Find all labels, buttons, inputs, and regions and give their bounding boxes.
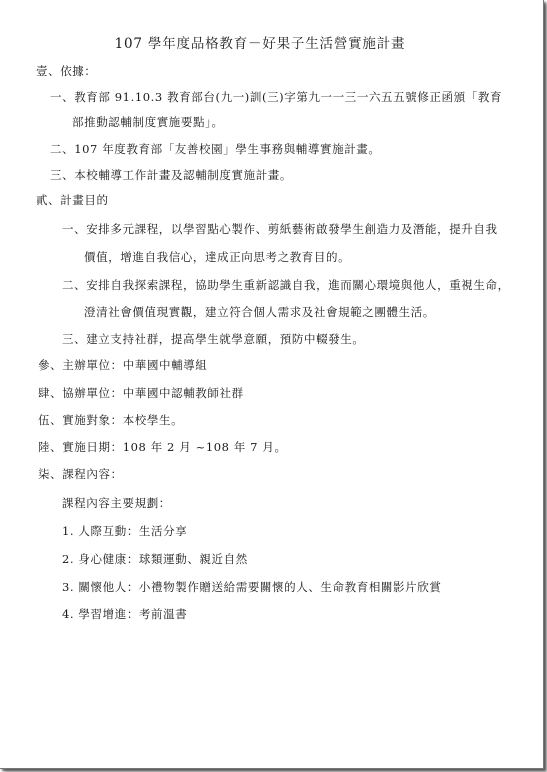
course-item-4: 4. 學習增進：考前溫書 bbox=[62, 607, 187, 621]
course-item-2: 2. 身心健康：球類運動、親近自然 bbox=[62, 552, 248, 566]
purpose-item-1-line-1: 一、安排多元課程，以學習點心製作、剪紙藝術啟發學生創造力及潛能，提升自我 bbox=[62, 222, 498, 236]
section-heading-purpose: 貳、計畫目的 bbox=[36, 193, 109, 207]
purpose-item-2-line-1: 二、安排自我探索課程，協助學生重新認識自我，進而關心環境與他人，重視生命， bbox=[62, 278, 510, 292]
basis-item-2: 二、107 年度教育部「友善校園」學生事務與輔導實施計畫。 bbox=[50, 142, 381, 156]
basis-item-1-line-2: 部推動認輔制度實施要點」。 bbox=[72, 115, 224, 129]
section-heading-basis: 壹、依據： bbox=[36, 64, 97, 78]
basis-item-1-line-1: 一、教育部 91.10.3 教育部台(九一)訓(三)字第九一一三一六五五號修正函… bbox=[50, 90, 502, 104]
section-target: 伍、實施對象：本校學生。 bbox=[38, 413, 183, 427]
document-page: 107 學年度品格教育－好果子生活營實施計畫 壹、依據： 一、教育部 91.10… bbox=[0, 0, 544, 769]
purpose-item-3: 三、建立支持社群，提高學生就學意願，預防中輟發生。 bbox=[62, 332, 365, 346]
section-dates: 陸、實施日期：108 年 2 月 ~108 年 7 月。 bbox=[38, 440, 287, 454]
course-item-1: 1. 人際互動：生活分享 bbox=[62, 524, 187, 538]
basis-item-3: 三、本校輔導工作計畫及認輔制度實施計畫。 bbox=[50, 168, 292, 182]
section-course-content: 柒、課程內容： bbox=[38, 467, 123, 481]
document-title: 107 學年度品格教育－好果子生活營實施計畫 bbox=[0, 36, 520, 52]
course-plan-subheading: 課程內容主要規劃： bbox=[62, 496, 171, 510]
section-co-organizer: 肆、協辦單位：中華國中認輔教師社群 bbox=[38, 386, 244, 400]
purpose-item-2-line-2: 澄清社會價值現實觀，建立符合個人需求及社會規範之團體生活。 bbox=[84, 305, 435, 319]
section-organizer: 參、主辦單位：中華國中輔導組 bbox=[38, 358, 207, 372]
purpose-item-1-line-2: 價值，增進自我信心，達成正向思考之教育目的。 bbox=[84, 250, 350, 264]
course-item-3: 3. 關懷他人：小禮物製作贈送給需要關懷的人、生命教育相關影片欣賞 bbox=[62, 580, 441, 594]
